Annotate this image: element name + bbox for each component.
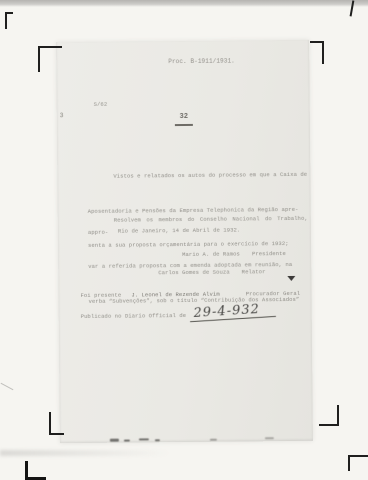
president-title: Presidente xyxy=(252,250,286,257)
file-reference: S/62 xyxy=(94,99,108,111)
registration-mark-bottom-right-icon xyxy=(319,405,339,426)
body-line: Vistos e relatados os autos do processo … xyxy=(87,169,307,183)
ink-smudge xyxy=(265,437,274,439)
film-scratch xyxy=(1,383,14,390)
registration-mark-outer-bottom-left-icon xyxy=(25,461,46,480)
registration-mark-outer-bottom-right-icon xyxy=(348,455,368,471)
registration-mark-outer-top-right-icon xyxy=(345,0,355,16)
resolution-number: 32 xyxy=(175,112,193,126)
film-smudge xyxy=(0,450,170,456)
registration-mark-top-left-icon xyxy=(38,46,62,72)
signature-relator: Carlos Gomes de SouzaRelator xyxy=(158,266,265,279)
president-name: Mario A. de Ramos xyxy=(182,250,240,258)
procurador-name: J. Leonel de Rezende Alvim xyxy=(131,291,219,299)
document-page: Proc. B-1911/1931. S/62 3 32 Vistos e re… xyxy=(56,40,313,443)
ink-smudge xyxy=(210,439,217,441)
procurador-title: Procurador Geral xyxy=(246,290,300,298)
presence-prefix: Foi presente xyxy=(80,292,121,299)
ink-smudge xyxy=(124,440,130,442)
caret-mark-icon xyxy=(287,276,295,281)
presence-line: Foi presenteJ. Leonel de Rezende AlvimPr… xyxy=(80,288,300,302)
margin-mark: 3 xyxy=(60,110,64,122)
film-edge-strip xyxy=(0,0,368,7)
publication-printed-text: Publicado no Diario Official de xyxy=(81,312,186,320)
date-line: Rio de Janeiro, 14 de Abril de 1932. xyxy=(118,224,241,237)
signature-president: Mario A. de RamosPresidente xyxy=(182,248,286,260)
publication-handwritten-date: 29-4-932 xyxy=(189,302,276,322)
process-number: Proc. B-1911/1931. xyxy=(168,56,235,68)
relator-title: Relator xyxy=(242,268,266,275)
registration-mark-top-right-icon xyxy=(310,41,324,64)
photostat-scan: { "photo": { "kind": "photostat of typew… xyxy=(0,0,368,480)
relator-name: Carlos Gomes de Souza xyxy=(158,269,229,277)
registration-mark-outer-top-left-icon xyxy=(5,12,13,29)
publication-line: Publicado no Diario Official de 29-4-932 xyxy=(81,306,276,323)
ink-smudge xyxy=(155,439,160,441)
registration-mark-bottom-left-icon xyxy=(49,412,64,435)
ink-smudge xyxy=(110,439,119,442)
ink-smudge xyxy=(139,438,149,440)
